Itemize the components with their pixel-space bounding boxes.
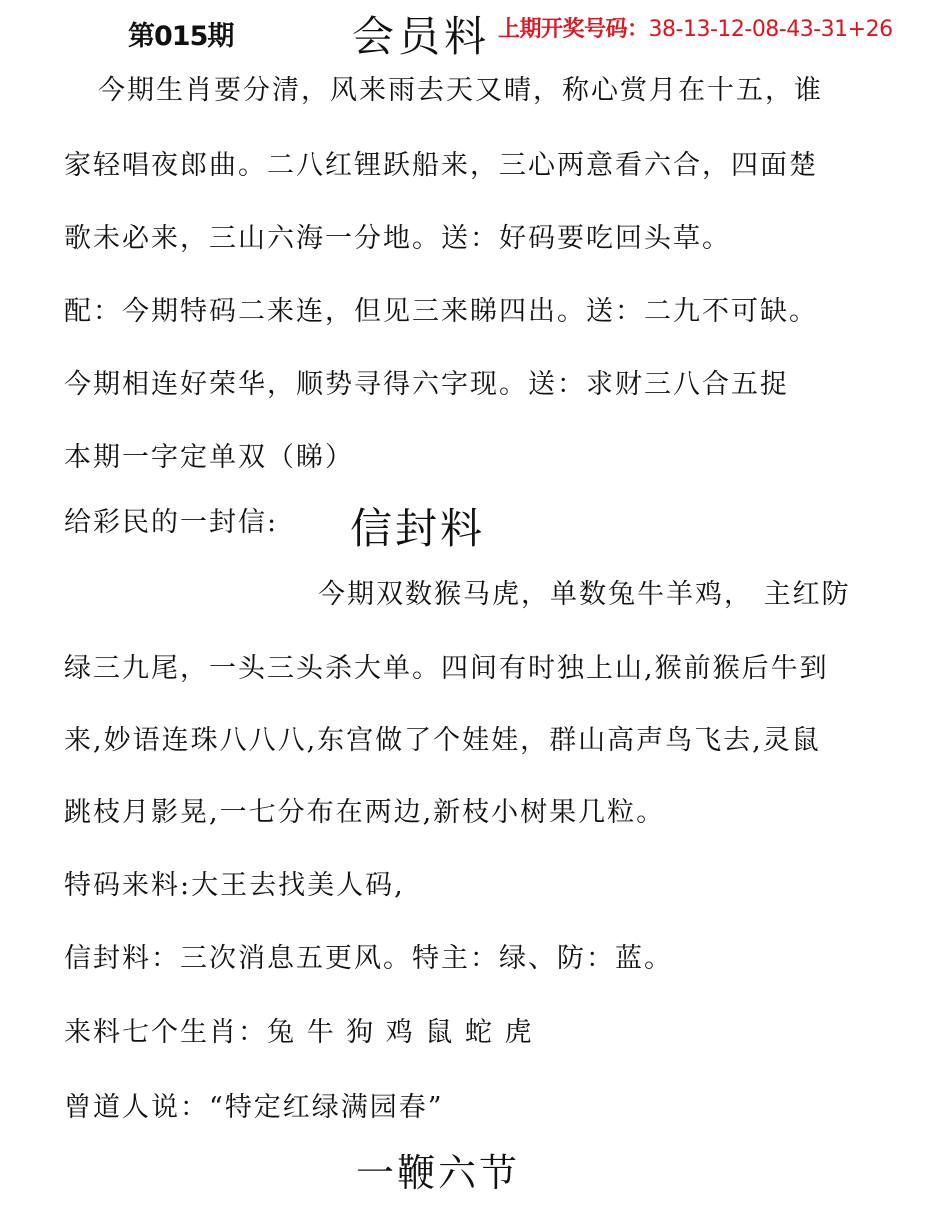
intro-line: 歌未必来，三山六海一分地。送：好码要吃回头草。 — [64, 216, 731, 255]
issue-number: 第015期 — [128, 14, 233, 53]
last-draw-label: 上期开奖号码： — [498, 17, 649, 42]
last-draw-result: 上期开奖号码：38-13-12-08-43-31+26 — [498, 12, 893, 43]
letter-line: 跳枝月影晃,一七分布在两边,新枝小树果几粒。 — [64, 790, 665, 829]
intro-line: 今期生肖要分清，风来雨去天又晴，称心赏月在十五，谁 — [98, 68, 823, 107]
last-draw-numbers: 38-13-12-08-43-31+26 — [649, 17, 893, 42]
special-code-note: 特码来料:大王去找美人码, — [64, 863, 405, 902]
letter-label: 给彩民的一封信: — [64, 500, 278, 539]
intro-line: 今期相连好荣华，顺势寻得六字现。送：求财三八合五捉 — [64, 362, 789, 401]
footer-title: 一鞭六节 — [356, 1142, 520, 1197]
seven-zodiacs-note: 来料七个生肖：兔 牛 狗 鸡 鼠 蛇 虎 — [64, 1010, 534, 1049]
page-title: 会员料 — [352, 4, 490, 64]
intro-line: 配：今期特码二来连，但见三来睇四出。送：二九不可缺。 — [64, 289, 818, 328]
taoist-quote: 曾道人说：“特定红绿满园春” — [64, 1085, 444, 1124]
letter-title: 信封料 — [350, 496, 485, 556]
envelope-note: 信封料：三次消息五更风。特主：绿、防：蓝。 — [64, 936, 673, 975]
letter-line: 今期双数猴马虎，单数兔牛羊鸡， 主红防 — [318, 572, 851, 611]
intro-line: 家轻唱夜郎曲。二八红锂跃船来，三心两意看六合，四面楚 — [64, 143, 818, 182]
intro-line: 本期一字定单双（睇） — [64, 435, 354, 474]
letter-line: 来,妙语连珠八八八,东宫做了个娃娃，群山高声鸟飞去,灵鼠 — [64, 718, 821, 757]
letter-line: 绿三九尾，一头三头杀大单。四间有时独上山,猴前猴后牛到 — [64, 646, 829, 685]
